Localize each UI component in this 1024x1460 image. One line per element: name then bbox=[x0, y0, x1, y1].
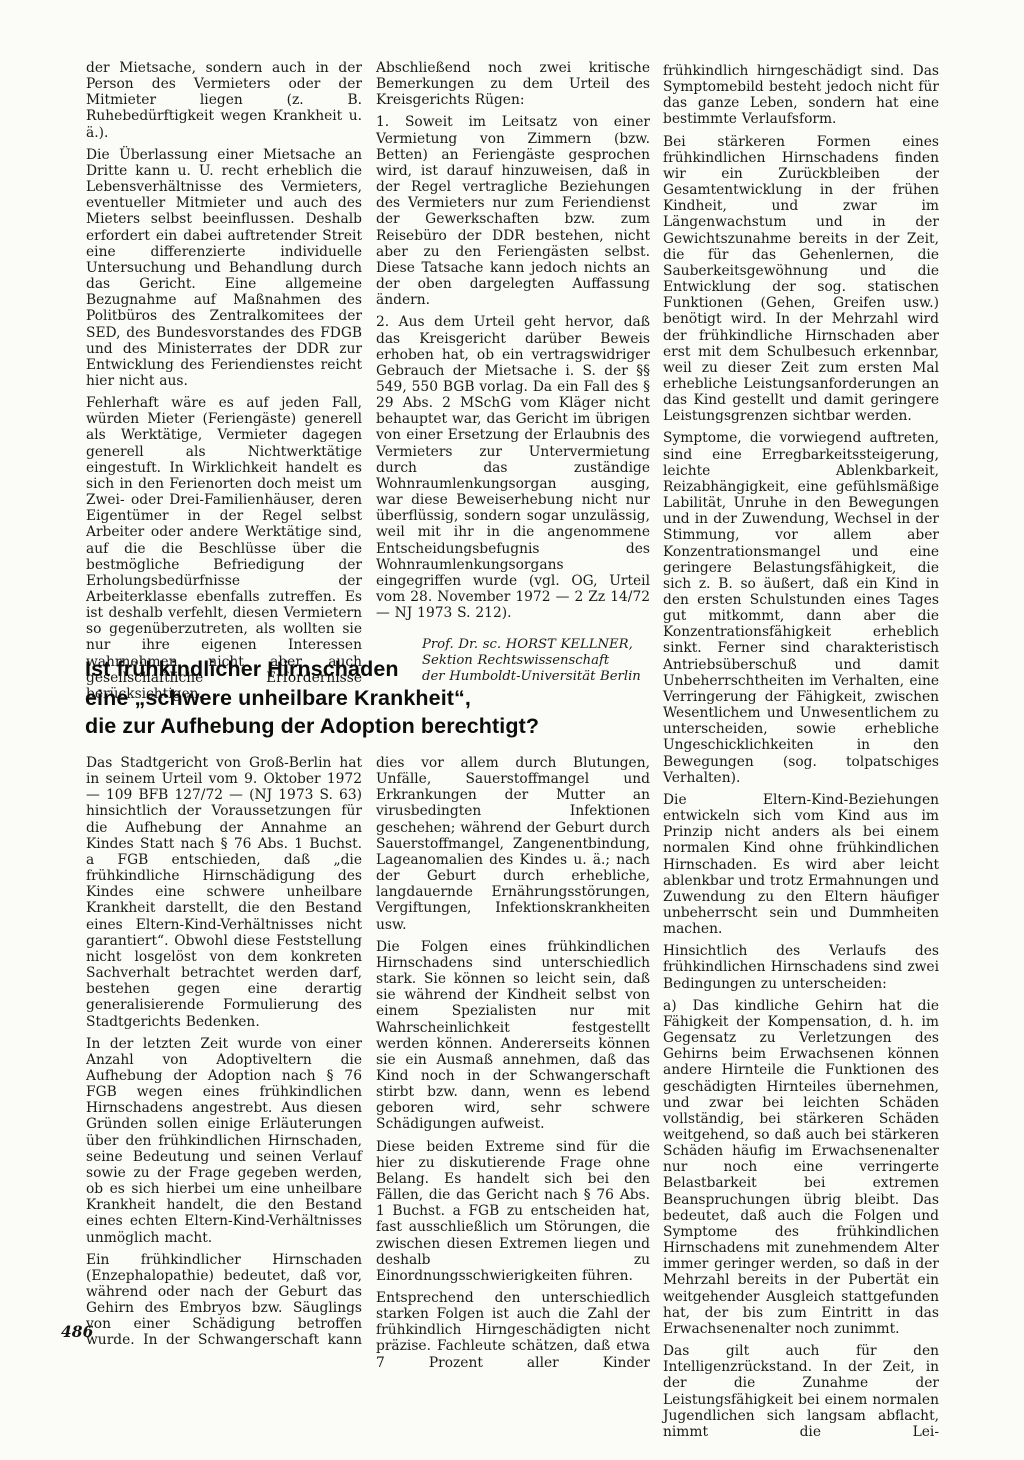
paragraph: der Mietsache, sondern auch in der Perso… bbox=[86, 60, 362, 141]
paragraph: Das gilt auch für den Intelligenzrücksta… bbox=[663, 1343, 939, 1440]
page-number: 486 bbox=[61, 1322, 93, 1341]
paragraph: Symptome, die vorwiegend auftreten, sind… bbox=[663, 430, 939, 785]
paragraph: Die Überlassung einer Mietsache an Dritt… bbox=[86, 147, 362, 389]
paragraph: In der letzten Zeit wurde von einer Anza… bbox=[86, 1036, 362, 1246]
column-left-top: der Mietsache, sondern auch in der Perso… bbox=[86, 60, 362, 708]
paragraph: 1. Soweit im Leitsatz von einer Vermietu… bbox=[376, 114, 650, 308]
paragraph: frühkindlich hirngeschädigt sind. Das Sy… bbox=[663, 63, 939, 128]
paragraph: 2. Aus dem Urteil geht hervor, daß das K… bbox=[376, 314, 650, 621]
paragraph: Das Stadtgericht von Groß-Berlin hat in … bbox=[86, 755, 362, 1030]
paragraph: dies vor allem durch Blutungen, Unfälle,… bbox=[376, 755, 650, 933]
column-right: frühkindlich hirngeschädigt sind. Das Sy… bbox=[663, 63, 939, 1446]
paragraph: Abschließend noch zwei kritische Bemerku… bbox=[376, 60, 650, 108]
paragraph: Die Eltern-Kind-Beziehungen entwickeln s… bbox=[663, 792, 939, 937]
column-middle-top: Abschließend noch zwei kritische Bemerku… bbox=[376, 60, 650, 685]
article-title-line: eine „schwere unheilbare Krankheit“, bbox=[85, 684, 625, 713]
article-title-line: Ist frühkindlicher Hirnschaden bbox=[85, 655, 625, 684]
author-name: Prof. Dr. sc. HORST KELLNER, bbox=[422, 637, 650, 653]
paragraph: Ein frühkindlicher Hirnschaden (Enzephal… bbox=[86, 1252, 362, 1349]
column-left-bottom: Das Stadtgericht von Groß-Berlin hat in … bbox=[86, 755, 362, 1355]
paragraph: Die Folgen eines frühkindlichen Hirnscha… bbox=[376, 939, 650, 1133]
journal-page: der Mietsache, sondern auch in der Perso… bbox=[0, 0, 1024, 1460]
article-title: Ist frühkindlicher Hirnschaden eine „sch… bbox=[85, 655, 625, 741]
paragraph: Entsprechend den unterschiedlich starken… bbox=[376, 1290, 650, 1371]
article-title-line: die zur Aufhebung der Adoption berechtig… bbox=[85, 712, 625, 741]
paragraph: Hinsichtlich des Verlaufs des frühkindli… bbox=[663, 943, 939, 991]
paragraph: a) Das kindliche Gehirn hat die Fähigkei… bbox=[663, 998, 939, 1337]
column-middle-bottom: dies vor allem durch Blutungen, Unfälle,… bbox=[376, 755, 650, 1377]
paragraph: Bei stärkeren Formen eines frühkindliche… bbox=[663, 134, 939, 425]
paragraph: Diese beiden Extreme sind für die hier z… bbox=[376, 1139, 650, 1284]
